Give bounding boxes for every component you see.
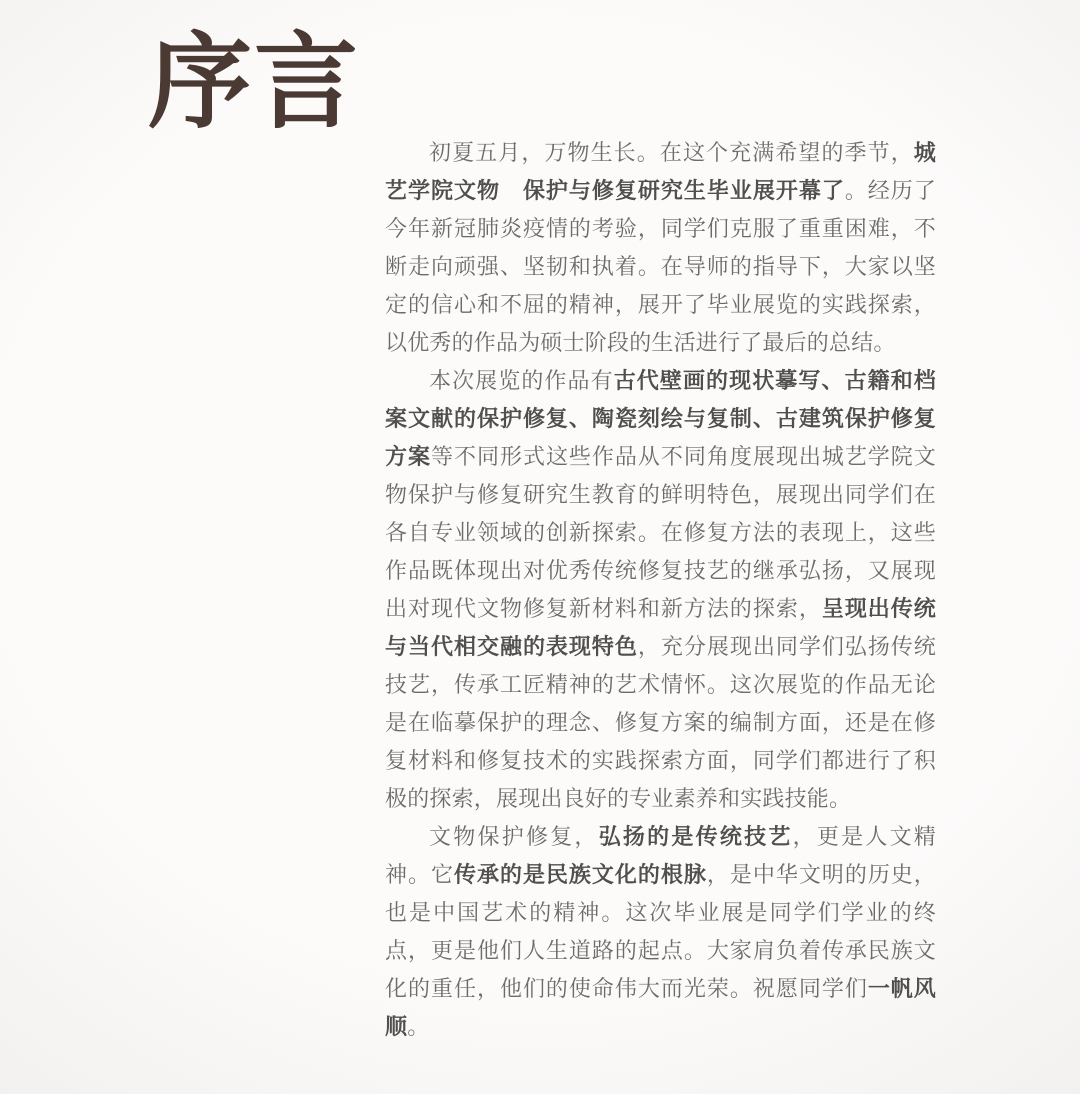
- text-segment: 本次展览的作品有: [429, 368, 614, 393]
- text-segment: ，充分展现出同学们弘扬传统技艺，传承工匠精神的艺术情怀。这次展览的作品无论是在临…: [385, 634, 936, 811]
- text-segment-bold: 弘扬的是传统技艺: [599, 824, 793, 849]
- paragraph: 文物保护修复，弘扬的是传统技艺，更是人文精神。它传承的是民族文化的根脉，是中华文…: [385, 818, 936, 1046]
- text-segment: 。: [407, 1014, 429, 1039]
- text-segment: 文物保护修复，: [429, 824, 599, 849]
- page-title: 序言: [148, 24, 360, 144]
- text-segment: 。经历了今年新冠肺炎疫情的考验，同学们克服了重重困难，不断走向顽强、坚韧和执着。…: [385, 178, 936, 355]
- paragraph: 初夏五月，万物生长。在这个充满希望的季节，城艺学院文物 保护与修复研究生毕业展开…: [385, 134, 936, 362]
- preface-body: 初夏五月，万物生长。在这个充满希望的季节，城艺学院文物 保护与修复研究生毕业展开…: [385, 134, 936, 1046]
- paragraph: 本次展览的作品有古代壁画的现状摹写、古籍和档案文献的保护修复、陶瓷刻绘与复制、古…: [385, 362, 936, 818]
- text-segment-bold: 传承的是民族文化的根脉: [454, 862, 707, 887]
- text-segment: 等不同形式这些作品从不同角度展现出城艺学院文物保护与修复研究生教育的鲜明特色，展…: [385, 444, 936, 621]
- text-segment: 初夏五月，万物生长。在这个充满希望的季节，: [429, 140, 914, 165]
